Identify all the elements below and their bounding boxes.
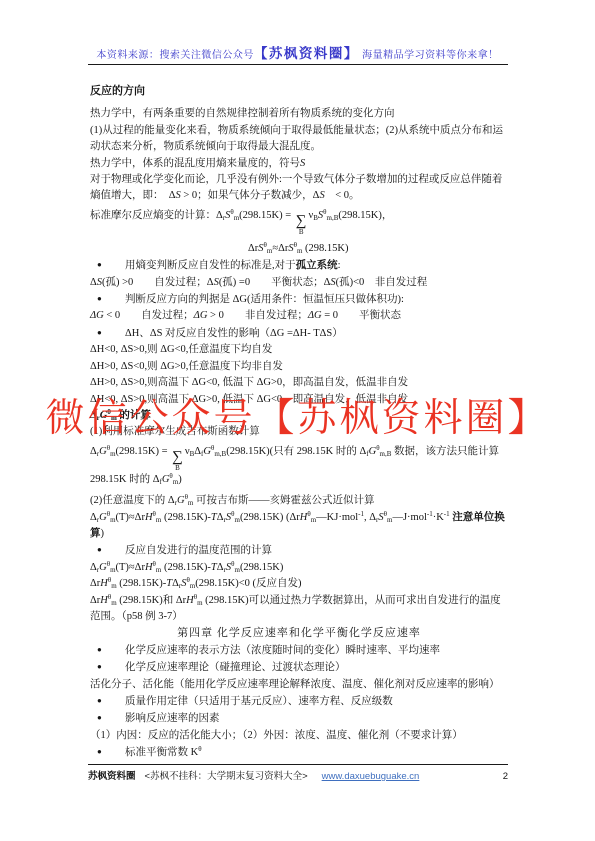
line-text: (2)任意温度下的 ΔrGθm 可按吉布斯——亥姆霍兹公式近似计算 — [90, 495, 375, 506]
footer-brand: 苏枫资料圈 — [88, 768, 136, 782]
text-line: ΔG < 0 自发过程；ΔG > 0 非自发过程；ΔG = 0 平衡状态 — [90, 308, 508, 324]
bullet-icon: ● — [90, 291, 125, 307]
header-prefix: 本资料来源：搜索关注微信公众号 — [96, 50, 254, 61]
header-rule — [88, 64, 508, 65]
header-suffix: 海量精品学习资料等你来拿！ — [359, 50, 499, 61]
line-text: ΔG < 0 自发过程；ΔG > 0 非自发过程；ΔG = 0 平衡状态 — [90, 310, 401, 321]
text-line: 活化分子、活化能（能用化学反应速率理论解释浓度、温度、催化剂对反应速率的影响） — [90, 677, 508, 693]
bullet-icon: ● — [90, 257, 125, 273]
line-text: ΔrGθm(T)≈ΔrHθm (298.15K)-TΔrSθm(298.15K)… — [90, 512, 505, 539]
text-line: ΔH>0, ΔS<0,则 ΔG>0,任意温度下均非自发 — [90, 359, 508, 375]
text-line: ●反应自发进行的温度范围的计算 — [90, 542, 508, 559]
footer-tagline: <苏枫不挂科：大学期末复习资料大全> — [145, 768, 308, 782]
text-line: 对于物理或化学变化而论，几乎没有例外:一个导致气体分子数增加的过程或反应总伴随着… — [90, 172, 508, 205]
text-line: ●化学反应速率的表示方法（浓度随时间的变化）瞬时速率、平均速率 — [90, 642, 508, 659]
line-text: 质量作用定律（只适用于基元反应）、速率方程、反应级数 — [125, 696, 393, 707]
line-text: 化学反应速率的表示方法（浓度随时间的变化）瞬时速率、平均速率 — [125, 645, 440, 656]
text-line: ΔH<0, ΔS>0,则 ΔG<0,任意温度下均自发 — [90, 342, 508, 358]
text-line: 热力学中，有两条重要的自然规律控制着所有物质系统的变化方向 — [90, 106, 508, 122]
page-header: 本资料来源：搜索关注微信公众号【苏枫资料圈】 海量精品学习资料等你来拿！ — [0, 42, 595, 62]
text-line: 第四章 化学反应速率和化学平衡化学反应速率 — [90, 625, 508, 641]
bullet-icon: ● — [90, 744, 125, 760]
text-line: ●质量作用定律（只适用于基元反应）、速率方程、反应级数 — [90, 693, 508, 710]
bullet-icon: ● — [90, 325, 125, 341]
header-brand: 【苏枫资料圈】 — [254, 46, 359, 62]
text-line: ΔS(孤) >0 自发过程；ΔS(孤) =0 平衡状态；ΔS(孤)<0 非自发过… — [90, 275, 508, 291]
watermark-text: 微信公众号【苏枫资料圈】 — [45, 387, 549, 443]
line-text: 热力学中，有两条重要的自然规律控制着所有物质系统的变化方向 — [90, 108, 395, 119]
page-footer: 苏枫资料圈 <苏枫不挂科：大学期末复习资料大全> www.daxuebuguak… — [88, 764, 508, 782]
text-line: ●ΔH、ΔS 对反应自发性的影响（ΔG =ΔH- TΔS） — [90, 325, 508, 342]
text-line: ●化学反应速率理论（碰撞理论、过渡状态理论） — [90, 659, 508, 676]
bullet-icon: ● — [90, 642, 125, 658]
footer-link[interactable]: www.daxuebuguake.cn — [322, 771, 420, 782]
text-line: ●影响反应速率的因素 — [90, 710, 508, 727]
section-title: 反应的方向 — [90, 83, 508, 99]
bullet-icon: ● — [90, 710, 125, 726]
text-line: 标准摩尔反应熵变的计算：ΔrSθm(298.15K) = ∑BνBSθm,B(2… — [90, 205, 508, 241]
line-text: ΔrSθm≈ΔrSθm (298.15K) — [248, 243, 348, 254]
line-text: ΔH、ΔS 对反应自发性的影响（ΔG =ΔH- TΔS） — [125, 328, 343, 339]
document-page: 本资料来源：搜索关注微信公众号【苏枫资料圈】 海量精品学习资料等你来拿！ 反应的… — [0, 0, 595, 841]
line-text: 对于物理或化学变化而论，几乎没有例外:一个导致气体分子数增加的过程或反应总伴随着… — [90, 174, 502, 201]
text-line: 热力学中，体系的混乱度用熵来量度的，符号S — [90, 156, 508, 172]
line-text: ΔrHθm (298.15K)和 ΔrHθm (298.15K)可以通过热力学数… — [90, 595, 501, 622]
line-text: ΔS(孤) >0 自发过程；ΔS(孤) =0 平衡状态；ΔS(孤)<0 非自发过… — [90, 277, 427, 288]
text-line: ΔrGθm(T)≈ΔrHθm (298.15K)-TΔrSθm(298.15K)… — [90, 510, 508, 543]
line-text: （1）内因：反应的活化能大小；（2）外因：浓度、温度、催化剂（不要求计算） — [90, 730, 463, 741]
line-text: ΔH>0, ΔS<0,则 ΔG>0,任意温度下均非自发 — [90, 361, 283, 372]
text-line: ΔrHθm (298.15K)-TΔrSθm(298.15K)<0 (反应自发) — [90, 576, 508, 592]
bullet-icon: ● — [90, 542, 125, 558]
line-text: (1)从过程的能量变化来看，物质系统倾向于取得最低能量状态；(2)从系统中质点分… — [90, 125, 503, 152]
line-text: 化学反应速率理论（碰撞理论、过渡状态理论） — [125, 662, 346, 673]
bullet-icon: ● — [90, 659, 125, 675]
page-number: 2 — [503, 771, 508, 782]
line-text: 标准摩尔反应熵变的计算：ΔrSθm(298.15K) = ∑BνBSθm,B(2… — [90, 210, 392, 221]
text-line: ●标准平衡常数 Kθ — [90, 744, 508, 761]
text-line: ●判断反应方向的判据是 ΔG(适用条件：恒温恒压只做体积功): — [90, 291, 508, 308]
text-line: ΔrGθm(T)≈ΔrHθm (298.15K)-TΔrSθm(298.15K) — [90, 560, 508, 576]
text-line: ΔrHθm (298.15K)和 ΔrHθm (298.15K)可以通过热力学数… — [90, 593, 508, 626]
text-line: （1）内因：反应的活化能大小；（2）外因：浓度、温度、催化剂（不要求计算） — [90, 728, 508, 744]
line-text: ΔrHθm (298.15K)-TΔrSθm(298.15K)<0 (反应自发) — [90, 578, 302, 589]
text-line: (2)任意温度下的 ΔrGθm 可按吉布斯——亥姆霍兹公式近似计算 — [90, 493, 508, 509]
line-text: 活化分子、活化能（能用化学反应速率理论解释浓度、温度、催化剂对反应速率的影响） — [90, 679, 500, 690]
text-line: ●用熵变判断反应自发性的标准是,对于孤立系统: — [90, 257, 508, 274]
line-text: 第四章 化学反应速率和化学平衡化学反应速率 — [177, 627, 421, 639]
line-text: 影响反应速率的因素 — [125, 713, 220, 724]
text-line: (1)从过程的能量变化来看，物质系统倾向于取得最低能量状态；(2)从系统中质点分… — [90, 123, 508, 156]
line-text: 判断反应方向的判据是 ΔG(适用条件：恒温恒压只做体积功): — [125, 294, 404, 305]
bullet-icon: ● — [90, 693, 125, 709]
line-text: 热力学中，体系的混乱度用熵来量度的，符号S — [90, 158, 305, 169]
line-text: 反应自发进行的温度范围的计算 — [125, 545, 272, 556]
line-text: 标准平衡常数 Kθ — [125, 747, 202, 758]
text-line: ΔrGθm(298.15K) = ∑BνBΔfGθm,B(298.15K)(只有… — [90, 441, 508, 493]
line-text: ΔrGθm(298.15K) = ∑BνBΔfGθm,B(298.15K)(只有… — [90, 446, 499, 485]
line-text: ΔrGθm(T)≈ΔrHθm (298.15K)-TΔrSθm(298.15K) — [90, 562, 283, 573]
line-text: 用熵变判断反应自发性的标准是,对于孤立系统: — [125, 260, 341, 271]
line-text: ΔH<0, ΔS>0,则 ΔG<0,任意温度下均自发 — [90, 344, 272, 355]
text-line: ΔrSθm≈ΔrSθm (298.15K) — [90, 241, 508, 257]
